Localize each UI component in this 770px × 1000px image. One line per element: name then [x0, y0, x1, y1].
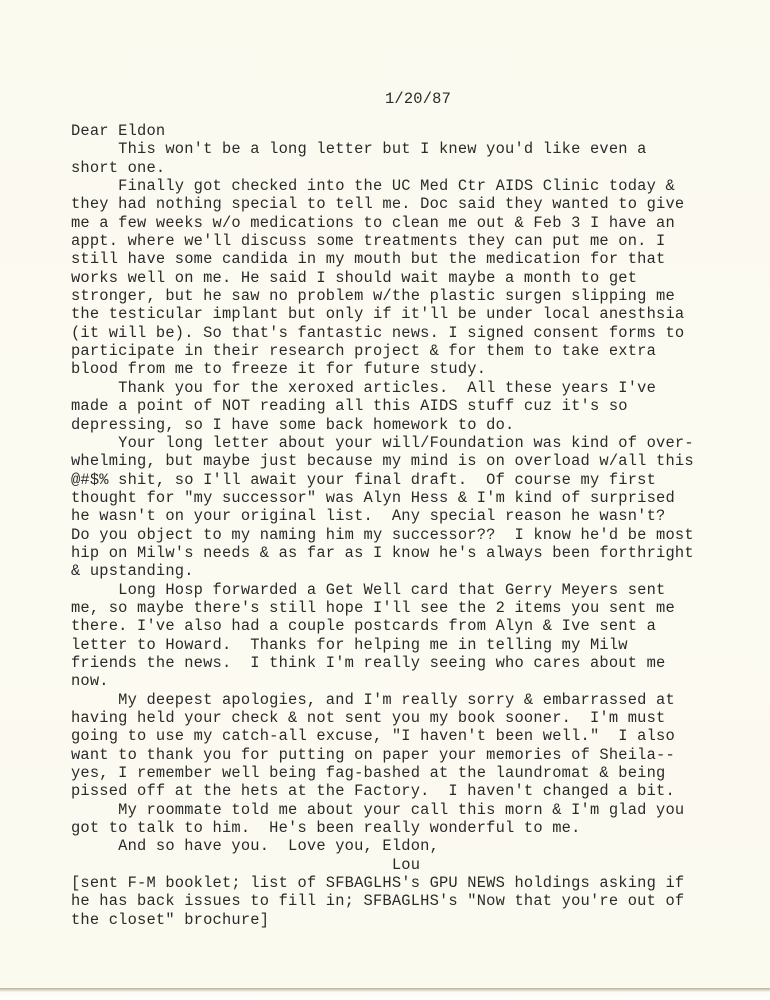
- letter-line: the closet" brochure]: [71, 911, 694, 929]
- letter-line: letter to Howard. Thanks for helping me …: [71, 636, 694, 654]
- letter-line: made a point of NOT reading all this AID…: [71, 397, 694, 415]
- letter-line: me a few weeks w/o medications to clean …: [71, 214, 694, 232]
- letter-line: (it will be). So that's fantastic news. …: [71, 324, 694, 342]
- letter-line: And so have you. Love you, Eldon,: [71, 837, 694, 855]
- letter-line: Lou: [71, 856, 694, 874]
- letter-line: thought for "my successor" was Alyn Hess…: [71, 489, 694, 507]
- letter-line: still have some candida in my mouth but …: [71, 250, 694, 268]
- letter-line: me, so maybe there's still hope I'll see…: [71, 599, 694, 617]
- letter-line: Dear Eldon: [71, 122, 694, 140]
- letter-line: My roommate told me about your call this…: [71, 801, 694, 819]
- letter-line: the testicular implant but only if it'll…: [71, 305, 694, 323]
- letter-line: [sent F-M booklet; list of SFBAGLHS's GP…: [71, 874, 694, 892]
- letter-line: short one.: [71, 159, 694, 177]
- letter-line: Finally got checked into the UC Med Ctr …: [71, 177, 694, 195]
- letter-line: hip on Milw's needs & as far as I know h…: [71, 544, 694, 562]
- letter-line: he wasn't on your original list. Any spe…: [71, 507, 694, 525]
- letter-line: works well on me. He said I should wait …: [71, 269, 694, 287]
- letter-line: Do you object to my naming him my succes…: [71, 526, 694, 544]
- letter-line: having held your check & not sent you my…: [71, 709, 694, 727]
- letter-line: there. I've also had a couple postcards …: [71, 617, 694, 635]
- letter-line: Thank you for the xeroxed articles. All …: [71, 379, 694, 397]
- letter-line: Long Hosp forwarded a Get Well card that…: [71, 581, 694, 599]
- letter-line: participate in their research project & …: [71, 342, 694, 360]
- letter-line: blood from me to freeze it for future st…: [71, 360, 694, 378]
- letter-line: This won't be a long letter but I knew y…: [71, 140, 694, 158]
- letter-line: pissed off at the hets at the Factory. I…: [71, 782, 694, 800]
- letter-page: 1/20/87 Dear Eldon This won't be a long …: [0, 0, 770, 988]
- page-bottom-edge: [0, 988, 770, 1000]
- letter-line: yes, I remember well being fag-bashed at…: [71, 764, 694, 782]
- letter-line: depressing, so I have some back homework…: [71, 416, 694, 434]
- letter-line: friends the news. I think I'm really see…: [71, 654, 694, 672]
- letter-line: he has back issues to fill in; SFBAGLHS'…: [71, 892, 694, 910]
- letter-line: My deepest apologies, and I'm really sor…: [71, 691, 694, 709]
- letter-line: & upstanding.: [71, 562, 694, 580]
- letter-line: now.: [71, 672, 694, 690]
- letter-line: got to talk to him. He's been really won…: [71, 819, 694, 837]
- letter-line: Your long letter about your will/Foundat…: [71, 434, 694, 452]
- letter-body: Dear Eldon This won't be a long letter b…: [71, 122, 694, 929]
- letter-line: they had nothing special to tell me. Doc…: [71, 195, 694, 213]
- letter-line: going to use my catch-all excuse, "I hav…: [71, 727, 694, 745]
- letter-date: 1/20/87: [385, 90, 451, 108]
- letter-line: @#$% shit, so I'll await your final draf…: [71, 471, 694, 489]
- letter-line: stronger, but he saw no problem w/the pl…: [71, 287, 694, 305]
- letter-line: whelming, but maybe just because my mind…: [71, 452, 694, 470]
- letter-line: want to thank you for putting on paper y…: [71, 746, 694, 764]
- letter-line: appt. where we'll discuss some treatment…: [71, 232, 694, 250]
